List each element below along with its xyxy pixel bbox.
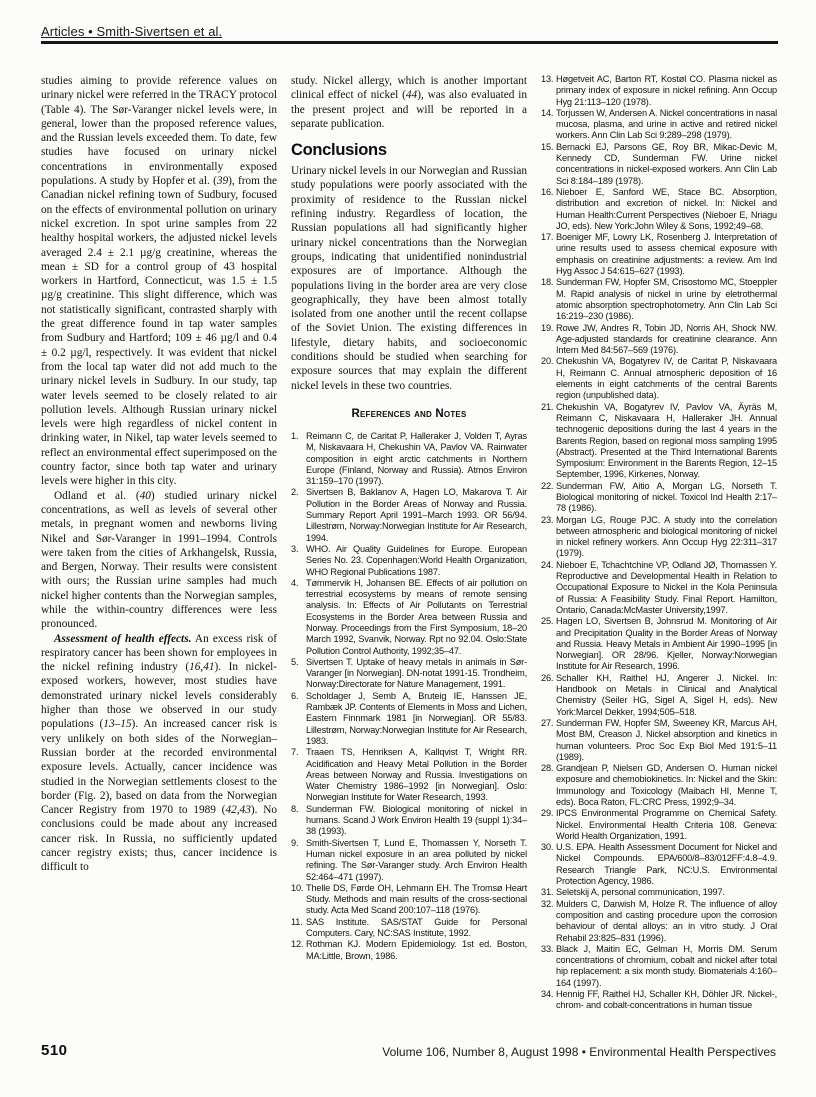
text-segment: Urinary nickel levels in our Norwegian a… [291, 165, 527, 391]
reference-text: Scholdager J, Semb A, Bruteig IE, Hansse… [306, 691, 527, 747]
text-segment: 39 [217, 175, 228, 187]
reference-item: 17.Boeniger MF, Lowry LK, Rosenberg J. I… [541, 232, 777, 277]
paragraph: studies aiming to provide reference valu… [41, 74, 277, 489]
col2-intro: study. Nickel allergy, which is another … [291, 74, 527, 131]
reference-item: 4.Tømmervik H, Johansen BE. Effects of a… [291, 578, 527, 657]
reference-item: 7.Traaen TS, Henriksen A, Kallqvist T, W… [291, 747, 527, 803]
running-head: Articles • Smith-Sivertsen et al. [41, 24, 222, 39]
reference-item: 27.Sunderman FW, Hopfer SM, Sweeney KR, … [541, 718, 777, 763]
reference-number: 14. [541, 108, 556, 142]
reference-number: 12. [291, 939, 306, 962]
reference-item: 21.Chekushin VA, Bogatyrev IV, Pavlov VA… [541, 402, 777, 481]
column-3: 13.Høgetveit AC, Barton RT, Kostøl CO. P… [541, 74, 777, 1019]
reference-number: 31. [541, 887, 556, 898]
reference-item: 1.Reimann C, de Caritat P, Halleraker J,… [291, 431, 527, 487]
reference-text: Black J, Maitin EC, Gelman H, Morris DM.… [556, 944, 777, 989]
column-2: study. Nickel allergy, which is another … [291, 74, 527, 1019]
reference-item: 8.Sunderman FW. Biological monitoring of… [291, 804, 527, 838]
text-segment: 16,41 [189, 661, 214, 673]
reference-number: 29. [541, 808, 556, 842]
reference-number: 23. [541, 515, 556, 560]
reference-item: 19.Rowe JW, Andres R, Tobin JD, Norris A… [541, 323, 777, 357]
reference-text: Traaen TS, Henriksen A, Kallqvist T, Wri… [306, 747, 527, 803]
reference-text: WHO. Air Quality Guidelines for Europe. … [306, 544, 527, 578]
reference-number: 20. [541, 356, 556, 401]
text-segment: ) studied urinary nickel concentrations,… [41, 490, 277, 631]
reference-text: U.S. EPA. Health Assessment Document for… [556, 842, 777, 887]
reference-number: 10. [291, 883, 306, 917]
text-segment: 40 [140, 490, 151, 502]
reference-text: IPCS Environmental Programme on Chemical… [556, 808, 777, 842]
reference-item: 30.U.S. EPA. Health Assessment Document … [541, 842, 777, 887]
reference-text: Sunderman FW, Hopfer SM, Crisostomo MC, … [556, 277, 777, 322]
conclusions-heading: Conclusions [291, 141, 527, 160]
text-segment: 13–15 [103, 718, 131, 730]
reference-item: 34.Hennig FF, Raithel HJ, Schaller KH, D… [541, 989, 777, 1012]
reference-text: Nieboer E, Tchachtchine VP, Odland JØ, T… [556, 560, 777, 616]
reference-number: 34. [541, 989, 556, 1012]
text-segment: ). An increased cancer risk is very unli… [41, 718, 277, 816]
reference-item: 23.Morgan LG, Rouge PJC. A study into th… [541, 515, 777, 560]
reference-number: 8. [291, 804, 306, 838]
reference-text: Rothman KJ. Modern Epidemiology. 1st ed.… [306, 939, 527, 962]
reference-item: 13.Høgetveit AC, Barton RT, Kostøl CO. P… [541, 74, 777, 108]
journal-page: Articles • Smith-Sivertsen et al. studie… [0, 0, 816, 1097]
reference-item: 32.Mulders C, Darwish M, Holze R. The in… [541, 899, 777, 944]
reference-text: Nieboer E, Sanford WE, Stace BC. Absorpt… [556, 187, 777, 232]
reference-number: 19. [541, 323, 556, 357]
reference-text: Morgan LG, Rouge PJC. A study into the c… [556, 515, 777, 560]
reference-item: 11.SAS Institute. SAS/STAT Guide for Per… [291, 917, 527, 940]
reference-text: Hagen LO, Sivertsen B, Johnsrud M. Monit… [556, 616, 777, 672]
reference-item: 2.Sivertsen B, Baklanov A, Hagen LO, Mak… [291, 487, 527, 543]
reference-number: 26. [541, 673, 556, 718]
reference-item: 14.Torjussen W, Andersen A. Nickel conce… [541, 108, 777, 142]
reference-number: 9. [291, 838, 306, 883]
reference-number: 7. [291, 747, 306, 803]
journal-footer: Volume 106, Number 8, August 1998 • Envi… [382, 1045, 776, 1059]
page-number: 510 [41, 1042, 68, 1059]
reference-text: Thelle DS, Førde OH, Lehmann EH. The Tro… [306, 883, 527, 917]
reference-number: 16. [541, 187, 556, 232]
reference-number: 13. [541, 74, 556, 108]
reference-number: 27. [541, 718, 556, 763]
text-segment: ), from the Canadian nickel refining tow… [41, 175, 277, 487]
reference-number: 4. [291, 578, 306, 657]
reference-text: Chekushin VA, Bogatyrev IV, de Caritat P… [556, 356, 777, 401]
text-segment: Odland et al. ( [54, 490, 140, 502]
reference-item: 28.Grandjean P, Nielsen GD, Andersen O. … [541, 763, 777, 808]
reference-text: Boeniger MF, Lowry LK, Rosenberg J. Inte… [556, 232, 777, 277]
reference-number: 25. [541, 616, 556, 672]
reference-number: 30. [541, 842, 556, 887]
reference-item: 33.Black J, Maitin EC, Gelman H, Morris … [541, 944, 777, 989]
reference-text: Bernacki EJ, Parsons GE, Roy BR, Mikac-D… [556, 142, 777, 187]
references-heading: References and Notes [291, 408, 527, 420]
paragraph: Assessment of health effects. An excess … [41, 632, 277, 875]
reference-text: Torjussen W, Andersen A. Nickel concentr… [556, 108, 777, 142]
reference-item: 3.WHO. Air Quality Guidelines for Europe… [291, 544, 527, 578]
text-segment: 44 [406, 89, 417, 101]
reference-text: Smith-Sivertsen T, Lund E, Thomassen Y, … [306, 838, 527, 883]
reference-number: 5. [291, 657, 306, 691]
reference-number: 18. [541, 277, 556, 322]
col2-conclusions: Urinary nickel levels in our Norwegian a… [291, 164, 527, 393]
reference-item: 25.Hagen LO, Sivertsen B, Johnsrud M. Mo… [541, 616, 777, 672]
reference-number: 3. [291, 544, 306, 578]
reference-number: 32. [541, 899, 556, 944]
reference-item: 31.Seletskij A, personal communication, … [541, 887, 777, 898]
reference-number: 11. [291, 917, 306, 940]
reference-text: Schaller KH, Raithel HJ, Angerer J. Nick… [556, 673, 777, 718]
text-segment: 42,43 [225, 804, 250, 816]
reference-item: 12.Rothman KJ. Modern Epidemiology. 1st … [291, 939, 527, 962]
reference-item: 18.Sunderman FW, Hopfer SM, Crisostomo M… [541, 277, 777, 322]
paragraph: study. Nickel allergy, which is another … [291, 74, 527, 131]
reference-text: Mulders C, Darwish M, Holze R. The influ… [556, 899, 777, 944]
reference-text: Sunderman FW, Aitio A, Morgan LG, Norset… [556, 481, 777, 515]
reference-number: 2. [291, 487, 306, 543]
reference-text: Tømmervik H, Johansen BE. Effects of air… [306, 578, 527, 657]
references-col2: 1.Reimann C, de Caritat P, Halleraker J,… [291, 431, 527, 962]
reference-number: 6. [291, 691, 306, 747]
reference-item: 16.Nieboer E, Sanford WE, Stace BC. Abso… [541, 187, 777, 232]
reference-text: Rowe JW, Andres R, Tobin JD, Norris AH, … [556, 323, 777, 357]
reference-text: Sivertsen T. Uptake of heavy metals in a… [306, 657, 527, 691]
reference-number: 17. [541, 232, 556, 277]
reference-text: Sivertsen B, Baklanov A, Hagen LO, Makar… [306, 487, 527, 543]
paragraph: Odland et al. (40) studied urinary nicke… [41, 489, 277, 632]
reference-item: 15.Bernacki EJ, Parsons GE, Roy BR, Mika… [541, 142, 777, 187]
reference-number: 21. [541, 402, 556, 481]
reference-text: Reimann C, de Caritat P, Halleraker J, V… [306, 431, 527, 487]
reference-item: 20.Chekushin VA, Bogatyrev IV, de Carita… [541, 356, 777, 401]
reference-text: Sunderman FW, Hopfer SM, Sweeney KR, Mar… [556, 718, 777, 763]
reference-item: 26.Schaller KH, Raithel HJ, Angerer J. N… [541, 673, 777, 718]
header-rule [41, 41, 778, 44]
reference-number: 22. [541, 481, 556, 515]
column-1: studies aiming to provide reference valu… [41, 74, 277, 1019]
references-col3: 13.Høgetveit AC, Barton RT, Kostøl CO. P… [541, 74, 777, 1012]
reference-item: 9.Smith-Sivertsen T, Lund E, Thomassen Y… [291, 838, 527, 883]
reference-text: Chekushin VA, Bogatyrev IV, Pavlov VA, Ä… [556, 402, 777, 481]
reference-item: 10.Thelle DS, Førde OH, Lehmann EH. The … [291, 883, 527, 917]
reference-text: Høgetveit AC, Barton RT, Kostøl CO. Plas… [556, 74, 777, 108]
reference-item: 6.Scholdager J, Semb A, Bruteig IE, Hans… [291, 691, 527, 747]
reference-number: 1. [291, 431, 306, 487]
reference-number: 15. [541, 142, 556, 187]
reference-text: SAS Institute. SAS/STAT Guide for Person… [306, 917, 527, 940]
reference-number: 24. [541, 560, 556, 616]
reference-item: 22.Sunderman FW, Aitio A, Morgan LG, Nor… [541, 481, 777, 515]
reference-number: 33. [541, 944, 556, 989]
text-segment: Assessment of health effects. [54, 633, 191, 645]
reference-number: 28. [541, 763, 556, 808]
article-body: studies aiming to provide reference valu… [41, 74, 778, 1019]
reference-text: Seletskij A, personal communication, 199… [556, 887, 777, 898]
text-segment: studies aiming to provide reference valu… [41, 75, 277, 187]
reference-item: 5.Sivertsen T. Uptake of heavy metals in… [291, 657, 527, 691]
reference-text: Grandjean P, Nielsen GD, Andersen O. Hum… [556, 763, 777, 808]
reference-text: Sunderman FW. Biological monitoring of n… [306, 804, 527, 838]
reference-item: 29.IPCS Environmental Programme on Chemi… [541, 808, 777, 842]
reference-text: Hennig FF, Raithel HJ, Schaller KH, Döhl… [556, 989, 777, 1012]
paragraph: Urinary nickel levels in our Norwegian a… [291, 164, 527, 393]
reference-item: 24.Nieboer E, Tchachtchine VP, Odland JØ… [541, 560, 777, 616]
